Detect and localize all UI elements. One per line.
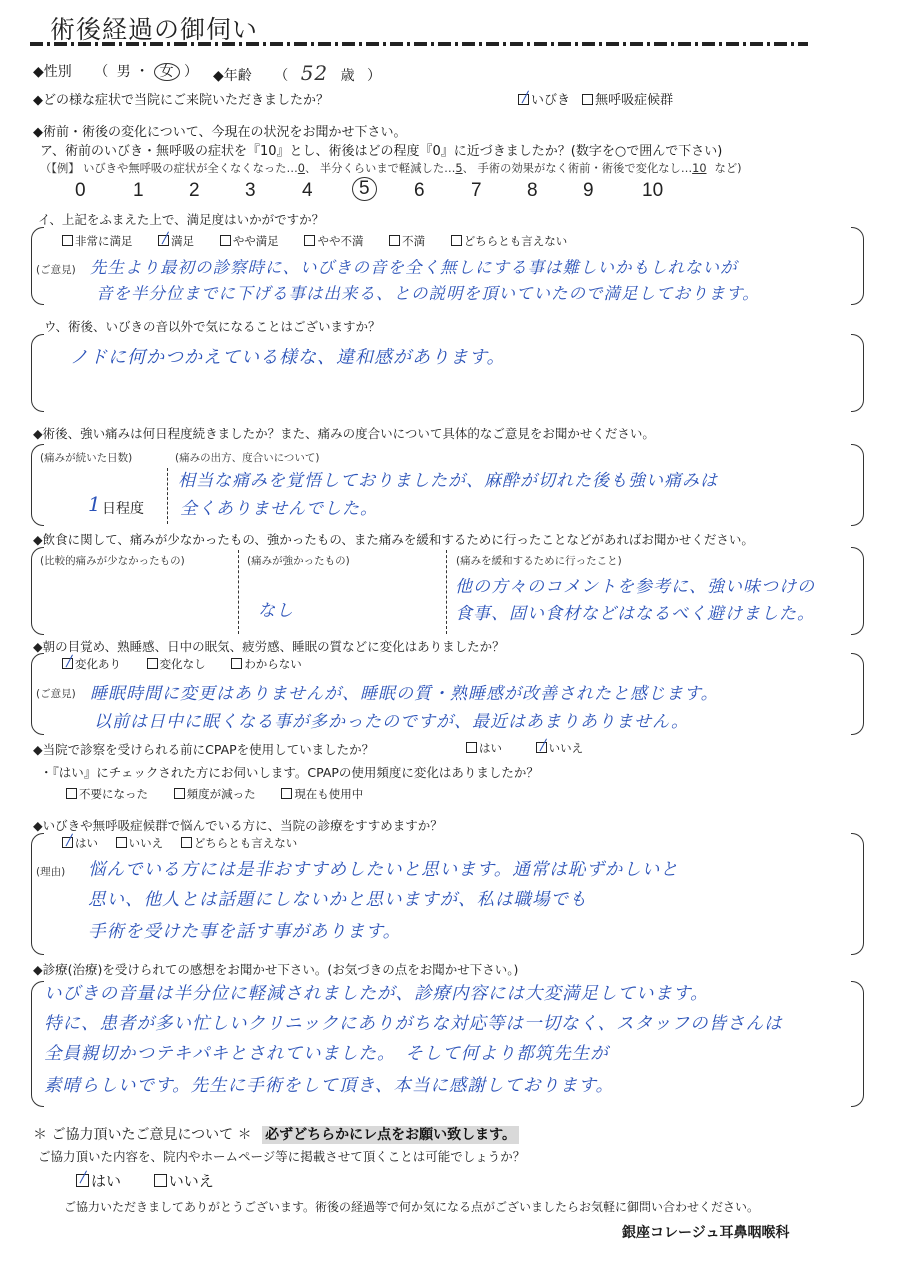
checkbox-checked-icon[interactable] [76, 1174, 89, 1187]
consent-option-yes[interactable]: はい [76, 1170, 121, 1191]
sleep-option-changed[interactable]: 変化あり [62, 656, 121, 672]
cpap-followup-options: 不要になった 頻度が減った 現在も使用中 [66, 786, 385, 802]
checkbox-checked-icon[interactable] [62, 837, 73, 848]
scale-option-4[interactable]: 4 [302, 180, 313, 202]
impression-line1[interactable]: いびきの音量は半分位に軽減されましたが、診療内容には大変満足しています。 [44, 980, 709, 1005]
sleep-options: 変化あり 変化なし わからない [62, 656, 324, 672]
diet-relief-label: (痛みを緩和するために行ったこと) [456, 553, 622, 568]
symptom-option-apnea[interactable]: 無呼吸症候群 [582, 89, 673, 108]
satisfaction-comment-line2[interactable]: 音を半分位までに下げる事は出来る、との説明を頂いていたので満足しております。 [96, 280, 760, 304]
footer-thanks: ご協力いただきましてありがとうございます。術後の経過等で何か気になる点がございま… [64, 1198, 759, 1215]
checkbox-icon[interactable] [181, 837, 192, 848]
change-heading: ◆術前・術後の変化について、今現在の状況をお聞かせ下さい。 [33, 121, 406, 140]
pain-detail-label: (痛みの出方、度合いについて) [175, 450, 319, 465]
satisfaction-option-neutral[interactable]: どちらとも言えない [451, 233, 568, 249]
recommend-option-yes[interactable]: はい [62, 835, 98, 851]
consent-note-emphasis: 必ずどちらかにレ点をお願い致します。 [262, 1126, 519, 1144]
checkbox-icon[interactable] [231, 658, 242, 669]
pain-days-value[interactable]: 1 [88, 492, 102, 516]
impression-line4[interactable]: 素晴らしいです。先生に手術をして頂き、本当に感謝しております。 [44, 1072, 614, 1097]
checkbox-icon[interactable] [154, 1174, 167, 1187]
satisfaction-options: 非常に満足 満足 やや満足 やや不満 不満 どちらとも言えない [62, 233, 589, 249]
scale-option-5-selected[interactable]: 5 [352, 177, 377, 201]
cpap-question: ◆当院で診察を受けられる前にCPAPを使用していましたか？ [33, 740, 374, 758]
age-row: ◆年齢 （ 52 歳 ） [213, 61, 381, 85]
age-value[interactable]: 52 [301, 61, 328, 85]
checkbox-icon[interactable] [281, 788, 292, 799]
gender-female-option[interactable]: 女 [154, 63, 180, 81]
scale-option-0[interactable]: 0 [75, 180, 86, 202]
sleep-option-no-change[interactable]: 変化なし [147, 656, 206, 672]
scale-option-6[interactable]: 6 [414, 180, 425, 202]
satisfaction-comment-label: (ご意見) [36, 262, 76, 277]
gender-row: ◆性別 （ 男 ・ 女 ） [33, 61, 198, 81]
cpap-followup: ・『はい』にチェックされた方にお伺いします。CPAPの使用頻度に変化はありました… [40, 763, 539, 781]
pain-divider [167, 468, 168, 524]
recommend-reason-line1[interactable]: 悩んでいる方には是非おすすめしたいと思います。通常は恥ずかしいと [88, 856, 679, 881]
recommend-option-no[interactable]: いいえ [116, 835, 164, 851]
diet-less-pain-label: (比較的痛みが少なかったもの) [40, 553, 185, 568]
cpap-option-unnecessary[interactable]: 不要になった [66, 786, 148, 802]
gender-male-option[interactable]: 男 [117, 64, 131, 80]
gender-label: ◆性別 [33, 64, 72, 80]
cpap-option-yes[interactable]: はい [466, 740, 502, 756]
sleep-comment-label: (ご意見) [36, 686, 76, 701]
scale-option-10[interactable]: 10 [642, 180, 663, 202]
diet-relief-line2[interactable]: 食事、固い食材などはなるべく避けました。 [455, 599, 815, 624]
checkbox-icon[interactable] [451, 235, 462, 246]
pain-detail-line2[interactable]: 全くありませんでした。 [180, 494, 378, 519]
impression-line3[interactable]: 全員親切かつテキパキとされていました。 そして何より都筑先生が [44, 1040, 609, 1065]
satisfaction-option-somewhat-satisfied[interactable]: やや満足 [220, 233, 279, 249]
recommend-options: はい いいえ どちらとも言えない [62, 835, 319, 851]
recommend-reason-line2[interactable]: 思い、他人とは話題にしないかと思いますが、私は職場でも [88, 886, 588, 911]
change-example: （【例】 いびきや無呼吸の症状が全くなくなった…0、 半分くらいまで軽減した…5… [40, 160, 742, 176]
satisfaction-option-satisfied[interactable]: 満足 [158, 233, 194, 249]
pain-question: ◆術後、強い痛みは何日程度続きましたか？また、痛みの度合いについて具体的なご意見… [33, 424, 655, 442]
checkbox-icon[interactable] [116, 837, 127, 848]
recommend-option-neutral[interactable]: どちらとも言えない [181, 835, 298, 851]
age-unit: 歳 [341, 68, 355, 84]
consent-note-prefix: ＊ ご協力頂いたご意見について ＊ [33, 1127, 252, 1143]
scale-option-2[interactable]: 2 [189, 180, 200, 202]
consent-note: ＊ ご協力頂いたご意見について ＊ 必ずどちらかにレ点をお願い致します。 [33, 1124, 519, 1144]
satisfaction-option-dissatisfied[interactable]: 不満 [389, 233, 425, 249]
symptom-options: いびき 無呼吸症候群 [518, 89, 695, 108]
cpap-options: はい いいえ [466, 740, 605, 756]
symptom-question: ◆どの様な症状で当院にご来院いただきましたか？ [33, 89, 329, 108]
recommend-reason-label: (理由) [36, 864, 65, 879]
checkbox-checked-icon[interactable] [62, 658, 73, 669]
pain-detail-line1[interactable]: 相当な痛みを覚悟しておりましたが、麻酔が切れた後も強い痛みは [178, 466, 718, 491]
consent-options: はい いいえ [76, 1170, 236, 1191]
sleep-comment-line2[interactable]: 以前は日中に眠くなる事が多かったのですが、最近はあまりありません。 [94, 707, 689, 732]
consent-option-no[interactable]: いいえ [154, 1170, 214, 1191]
checkbox-icon[interactable] [304, 235, 315, 246]
checkbox-icon[interactable] [220, 235, 231, 246]
checkbox-checked-icon[interactable] [536, 742, 547, 753]
diet-strong-pain-label: (痛みが強かったもの) [247, 553, 350, 568]
symptom-option-snoring[interactable]: いびき [518, 89, 570, 108]
checkbox-icon[interactable] [174, 788, 185, 799]
checkbox-icon[interactable] [62, 235, 73, 246]
clinic-name: 銀座コレージュ耳鼻咽喉科 [622, 1222, 789, 1242]
diet-relief-line1[interactable]: 他の方々のコメントを参考に、強い味つけの [455, 572, 815, 597]
satisfaction-option-somewhat-dissatisfied[interactable]: やや不満 [304, 233, 363, 249]
impression-question: ◆診療(治療)を受けられての感想をお聞かせ下さい。(お気づきの点をお聞かせ下さい… [33, 960, 518, 978]
page-title: 術後経過の御伺い [50, 10, 258, 46]
sleep-comment-line1[interactable]: 睡眠時間に変更はありませんが、睡眠の質・熟睡感が改善されたと感じます。 [90, 679, 719, 704]
checkbox-icon[interactable] [147, 658, 158, 669]
scale-option-7[interactable]: 7 [471, 180, 482, 202]
cpap-option-reduced[interactable]: 頻度が減った [174, 786, 256, 802]
pain-days-unit: 日程度 [102, 498, 144, 518]
checkbox-icon[interactable] [389, 235, 400, 246]
cpap-option-still-using[interactable]: 現在も使用中 [281, 786, 363, 802]
checkbox-icon[interactable] [582, 94, 593, 105]
title-divider [30, 42, 808, 46]
checkbox-icon[interactable] [466, 742, 477, 753]
scale-option-9[interactable]: 9 [583, 180, 594, 202]
cpap-option-no[interactable]: いいえ [536, 740, 584, 756]
scale-option-3[interactable]: 3 [245, 180, 256, 202]
other-concerns-answer[interactable]: ノドに何かつかえている様な、違和感があります。 [70, 343, 506, 369]
scale-option-8[interactable]: 8 [527, 180, 538, 202]
scale-option-1[interactable]: 1 [133, 180, 144, 202]
change-question-a: ア、術前のいびき・無呼吸の症状を『10』とし、術後はどの程度『0』に近づきました… [40, 140, 722, 159]
consent-question: ご協力頂いた内容を、院内やホームページ等に掲載させて頂くことは可能でしょうか？ [38, 1147, 525, 1165]
checkbox-icon[interactable] [66, 788, 77, 799]
recommend-reason-line3[interactable]: 手術を受けた事を話す事があります。 [88, 918, 401, 943]
checkbox-checked-icon[interactable] [518, 94, 529, 105]
checkbox-checked-icon[interactable] [158, 235, 169, 246]
diet-strong-pain-value[interactable]: なし [258, 596, 294, 621]
pain-days-label: (痛みが続いた日数) [40, 450, 132, 465]
satisfaction-option-very-satisfied[interactable]: 非常に満足 [62, 233, 133, 249]
sleep-option-unknown[interactable]: わからない [231, 656, 302, 672]
diet-divider-2 [446, 550, 447, 634]
diet-divider-1 [238, 550, 239, 634]
satisfaction-comment-line1[interactable]: 先生より最初の診察時に、いびきの音を全く無しにする事は難しいかもしれないが [90, 254, 738, 278]
age-label: ◆年齢 [213, 68, 252, 84]
impression-line2[interactable]: 特に、患者が多い忙しいクリニックにありがちな対応等は一切なく、スタッフの皆さんは [44, 1010, 783, 1035]
